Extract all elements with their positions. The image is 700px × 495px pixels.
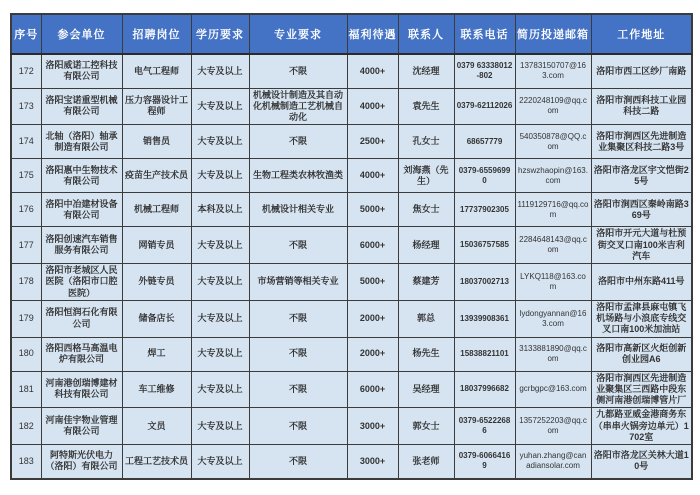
table-cell: 洛阳市洛龙区关林大道10号 <box>591 445 692 479</box>
table-cell: 177 <box>11 227 41 264</box>
table-cell: LYKQ118@163.com <box>515 264 591 301</box>
table-row: 174北轴（洛阳）轴承制造有限公司销售员大专及以上不限2500+孔女士68657… <box>11 125 692 159</box>
table-cell: gcrbgpc@163.com <box>515 371 591 408</box>
header-cell: 序号 <box>11 14 41 54</box>
table-cell: 洛阳市中州东路411号 <box>591 264 692 301</box>
table-cell: 172 <box>11 54 41 88</box>
table-cell: 洛阳中冶建材设备有限公司 <box>41 193 122 227</box>
table-cell: 179 <box>11 300 41 337</box>
table-cell: 5000+ <box>347 264 398 301</box>
table-cell: 3000+ <box>347 408 398 445</box>
table-cell: 不限 <box>249 227 347 264</box>
table-cell: 不限 <box>249 371 347 408</box>
table-cell: 洛阳恒润石化有限公司 <box>41 300 122 337</box>
table-body: 172洛阳威诺工控科技有限公司电气工程师大专及以上不限4000+沈经理0379 … <box>11 54 692 479</box>
table-cell: 6000+ <box>347 371 398 408</box>
table-cell: 15838821101 <box>454 337 515 371</box>
table-cell: 本科及以上 <box>191 193 249 227</box>
table-cell: 4000+ <box>347 54 398 88</box>
table-cell: 疫苗生产技术员 <box>122 159 191 193</box>
table-cell: 大专及以上 <box>191 125 249 159</box>
table-cell: 大专及以上 <box>191 227 249 264</box>
table-row: 176洛阳中冶建材设备有限公司机械工程师本科及以上机械设计相关专业5000+焦女… <box>11 193 692 227</box>
table-cell: 工程工艺技术员 <box>122 445 191 479</box>
table-cell: 2220248109@qq.com <box>515 88 591 125</box>
table-cell: yuhan.zhang@canadiansolar.com <box>515 445 591 479</box>
table-cell: 0379-65596990 <box>454 159 515 193</box>
table-cell: 13939908361 <box>454 300 515 337</box>
table-cell: 181 <box>11 371 41 408</box>
table-cell: 文员 <box>122 408 191 445</box>
table-cell: 17737902305 <box>454 193 515 227</box>
table-cell: 洛阳市洛龙区宇文恺街25号 <box>591 159 692 193</box>
table-cell: 杨经理 <box>398 227 454 264</box>
table-cell: 大专及以上 <box>191 371 249 408</box>
table-cell: 178 <box>11 264 41 301</box>
table-cell: 6000+ <box>347 227 398 264</box>
table-cell: 吴经理 <box>398 371 454 408</box>
table-cell: 市场营销等相关专业 <box>249 264 347 301</box>
table-cell: 蔡建芳 <box>398 264 454 301</box>
table-cell: 不限 <box>249 54 347 88</box>
table-cell: 袁先生 <box>398 88 454 125</box>
table-cell: 182 <box>11 408 41 445</box>
header-cell: 工作地址 <box>591 14 692 54</box>
table-cell: 2284648143@qq.com <box>515 227 591 264</box>
table-cell: 压力容器设计工程师 <box>122 88 191 125</box>
table-cell: 九都路亚威金港商务东（串串火锅旁边单元）1702室 <box>591 408 692 445</box>
table-cell: 外链专员 <box>122 264 191 301</box>
table-cell: 销售员 <box>122 125 191 159</box>
table-cell: 洛阳市西工区纱厂南路 <box>591 54 692 88</box>
table-cell: 2500+ <box>347 125 398 159</box>
table-cell: 洛阳威诺工控科技有限公司 <box>41 54 122 88</box>
table-cell: 173 <box>11 88 41 125</box>
table-cell: 大专及以上 <box>191 88 249 125</box>
job-fair-table: 序号参会单位招聘岗位学历要求专业要求福利待遇联系人联系电话简历投递邮箱工作地址 … <box>10 13 693 480</box>
table-cell: 洛阳市涧西区秦岭南路369号 <box>591 193 692 227</box>
table-cell: 1357252203@qq.com <box>515 408 591 445</box>
table-cell: 大专及以上 <box>191 264 249 301</box>
table-cell: 大专及以上 <box>191 54 249 88</box>
table-row: 182河南佳宇物业管理有限公司文员大专及以上不限3000+郭女士0379-652… <box>11 408 692 445</box>
table-cell: 176 <box>11 193 41 227</box>
header-cell: 福利待遇 <box>347 14 398 54</box>
table-cell: 3000+ <box>347 445 398 479</box>
table-cell: 沈经理 <box>398 54 454 88</box>
table-cell: 不限 <box>249 408 347 445</box>
header-cell: 参会单位 <box>41 14 122 54</box>
table-cell: 洛阳市涧西区先进制造业聚集区三西路中段东侧河南港创瑞博管片厂 <box>591 371 692 408</box>
table-cell: 2000+ <box>347 300 398 337</box>
table-row: 183阿特斯光伏电力（洛阳）有限公司工程工艺技术员大专及以上不限3000+张老师… <box>11 445 692 479</box>
header-cell: 专业要求 <box>249 14 347 54</box>
table-cell: 不限 <box>249 300 347 337</box>
table-cell: 洛阳西格马高温电炉有限公司 <box>41 337 122 371</box>
table-cell: 0379 63338012-802 <box>454 54 515 88</box>
table-cell: 焊工 <box>122 337 191 371</box>
table-cell: 洛阳创速汽车销售服务有限公司 <box>41 227 122 264</box>
table-cell: 洛阳市开元大道与杜预街交叉口南100米吉利汽车 <box>591 227 692 264</box>
table-cell: 15036757585 <box>454 227 515 264</box>
table-cell: lydongyannan@163.com <box>515 300 591 337</box>
table-cell: 不限 <box>249 337 347 371</box>
header-cell: 联系人 <box>398 14 454 54</box>
table-row: 181河南港创瑞博建材科技有限公司车工维修大专及以上不限6000+吴经理1803… <box>11 371 692 408</box>
table-cell: 洛阳市老城区人民医院（洛阳市口腔医院） <box>41 264 122 301</box>
table-cell: 河南佳宇物业管理有限公司 <box>41 408 122 445</box>
table-cell: 河南港创瑞博建材科技有限公司 <box>41 371 122 408</box>
table-cell: 刘海燕（先生） <box>398 159 454 193</box>
table-cell: 3133881890@qq.com <box>515 337 591 371</box>
table-cell: 生物工程类农林牧渔类 <box>249 159 347 193</box>
table-cell: 郭女士 <box>398 408 454 445</box>
table-cell: 洛阳市涧西区先进制造业集聚区科技二路3号 <box>591 125 692 159</box>
table-cell: 4000+ <box>347 88 398 125</box>
table-cell: 1119129716@qq.com <box>515 193 591 227</box>
table-row: 172洛阳威诺工控科技有限公司电气工程师大专及以上不限4000+沈经理0379 … <box>11 54 692 88</box>
table-cell: 储备店长 <box>122 300 191 337</box>
table-cell: 4000+ <box>347 159 398 193</box>
table-cell: 不限 <box>249 125 347 159</box>
table-cell: 18037002713 <box>454 264 515 301</box>
table-row: 178洛阳市老城区人民医院（洛阳市口腔医院）外链专员大专及以上市场营销等相关专业… <box>11 264 692 301</box>
table-cell: 540350878@QQ.com <box>515 125 591 159</box>
header-cell: 联系电话 <box>454 14 515 54</box>
table-cell: 洛阳惠中生物技术有限公司 <box>41 159 122 193</box>
page: 序号参会单位招聘岗位学历要求专业要求福利待遇联系人联系电话简历投递邮箱工作地址 … <box>0 0 700 495</box>
table-cell: 张老师 <box>398 445 454 479</box>
table-cell: 175 <box>11 159 41 193</box>
table-cell: 郭总 <box>398 300 454 337</box>
table-cell: 阿特斯光伏电力（洛阳）有限公司 <box>41 445 122 479</box>
table-cell: 焦女士 <box>398 193 454 227</box>
table-cell: 大专及以上 <box>191 300 249 337</box>
table-cell: 电气工程师 <box>122 54 191 88</box>
table-cell: 18037996682 <box>454 371 515 408</box>
header-cell: 学历要求 <box>191 14 249 54</box>
table-cell: 大专及以上 <box>191 445 249 479</box>
table-cell: 大专及以上 <box>191 337 249 371</box>
table-row: 173洛阳宝诺重型机械有限公司压力容器设计工程师大专及以上机械设计制造及其自动化… <box>11 88 692 125</box>
header-cell: 简历投递邮箱 <box>515 14 591 54</box>
table-cell: 2000+ <box>347 337 398 371</box>
header-row: 序号参会单位招聘岗位学历要求专业要求福利待遇联系人联系电话简历投递邮箱工作地址 <box>11 14 692 54</box>
table-cell: 68657779 <box>454 125 515 159</box>
table-cell: 机械工程师 <box>122 193 191 227</box>
table-cell: 孔女士 <box>398 125 454 159</box>
table-cell: 5000+ <box>347 193 398 227</box>
table-cell: 180 <box>11 337 41 371</box>
table-cell: 0379-65222686 <box>454 408 515 445</box>
table-cell: 洛阳市涧西科技工业园科技二路 <box>591 88 692 125</box>
table-cell: 车工维修 <box>122 371 191 408</box>
table-cell: 北轴（洛阳）轴承制造有限公司 <box>41 125 122 159</box>
table-cell: 0379-60664169 <box>454 445 515 479</box>
table-cell: 174 <box>11 125 41 159</box>
table-cell: 洛阳市孟津县麻屯镇飞机场路与小浪底专线交叉口南100米加油站 <box>591 300 692 337</box>
table-cell: 183 <box>11 445 41 479</box>
table-cell: 机械设计相关专业 <box>249 193 347 227</box>
table-cell: hzswzhaopin@163.com <box>515 159 591 193</box>
table-cell: 不限 <box>249 445 347 479</box>
table-row: 175洛阳惠中生物技术有限公司疫苗生产技术员大专及以上生物工程类农林牧渔类400… <box>11 159 692 193</box>
table-cell: 机械设计制造及其自动化机械制造工艺机械自动化 <box>249 88 347 125</box>
table-cell: 网销专员 <box>122 227 191 264</box>
table-row: 180洛阳西格马高温电炉有限公司焊工大专及以上不限2000+杨先生1583882… <box>11 337 692 371</box>
table-cell: 0379-62112026 <box>454 88 515 125</box>
table-row: 177洛阳创速汽车销售服务有限公司网销专员大专及以上不限6000+杨经理1503… <box>11 227 692 264</box>
table-cell: 13783150707@163.com <box>515 54 591 88</box>
table-cell: 大专及以上 <box>191 408 249 445</box>
table-cell: 洛阳市高新区火炬创新创业园A6 <box>591 337 692 371</box>
table-cell: 大专及以上 <box>191 159 249 193</box>
header-cell: 招聘岗位 <box>122 14 191 54</box>
table-row: 179洛阳恒润石化有限公司储备店长大专及以上不限2000+郭总139399083… <box>11 300 692 337</box>
table-cell: 洛阳宝诺重型机械有限公司 <box>41 88 122 125</box>
table-cell: 杨先生 <box>398 337 454 371</box>
